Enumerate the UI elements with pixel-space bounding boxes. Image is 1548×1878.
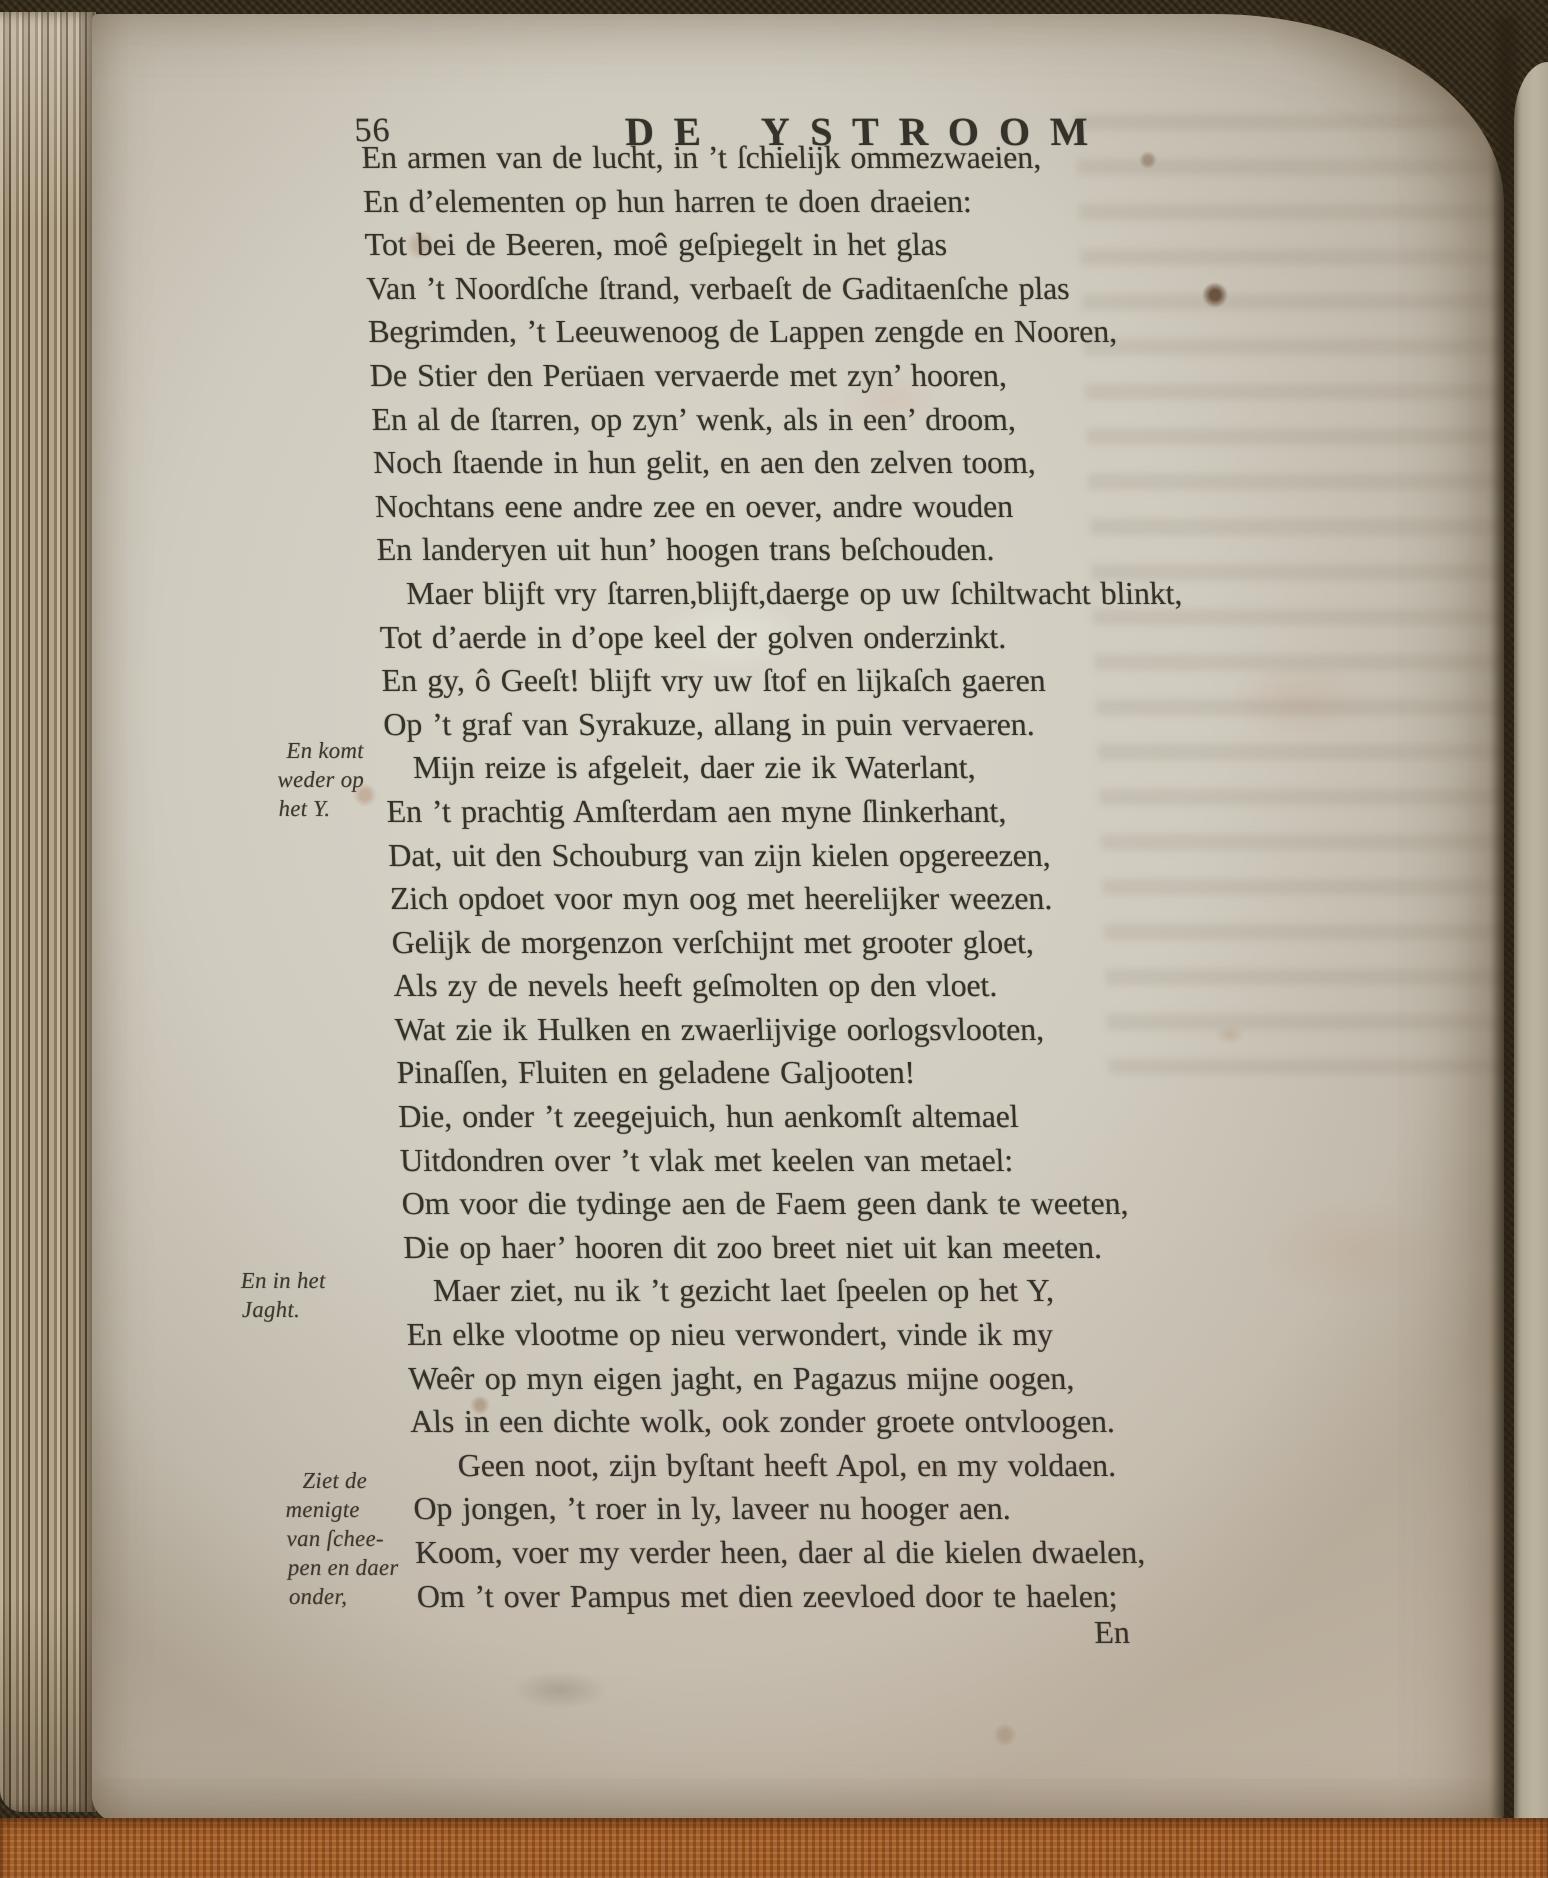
poem-line: En gy, ô Geeſt! blijft vry uw ſtof en li… <box>381 659 1186 703</box>
poem-line: Begrimden, ’t Leeuwenoog de Lappen zengd… <box>367 310 1172 354</box>
margin-note-line: pen en daer <box>287 1553 399 1582</box>
book-gutter <box>1490 18 1518 1820</box>
poem-line: Pinaſſen, Fluiten en geladene Galjooten! <box>396 1051 1201 1095</box>
poem-line: De Stier den Perüaen vervaerde met zyn’ … <box>369 354 1174 398</box>
poem-line: Als zy de nevels heeft geſmolten op den … <box>393 964 1198 1008</box>
margin-note: En in het Jaght. <box>240 1266 327 1324</box>
poem-line: Op jongen, ’t roer in ly, laveer nu hoog… <box>413 1487 1218 1531</box>
margin-note-line: het Y. <box>278 794 367 823</box>
facing-page-edge <box>1514 62 1548 1820</box>
poem-line: Noch ſtaende in hun gelit, en aen den ze… <box>372 441 1177 485</box>
poem-line: Tot bei de Beeren, moê geſpiegelt in het… <box>364 223 1169 267</box>
margin-note-line: En in het <box>240 1266 326 1295</box>
poem-line: Die, onder ’t zeegejuich, hun aenkomſt a… <box>398 1095 1203 1139</box>
poem-line: Geen noot, zijn byſtant heeft Apol, en m… <box>411 1444 1216 1488</box>
poem-line: Nochtans eene andre zee en oever, andre … <box>374 485 1179 529</box>
poem-line: Weêr op myn eigen jaght, en Pagazus mijn… <box>408 1357 1213 1401</box>
poem-line: Die op haer’ hooren dit zoo breet niet u… <box>403 1226 1208 1270</box>
poem-line: Om voor die tydinge aen de Faem geen dan… <box>401 1182 1206 1226</box>
book-page: 56 DE YSTROOM En armen van de lucht, in … <box>92 14 1504 1822</box>
poem-line: Uitdondren over ’t vlak met keelen van m… <box>399 1139 1204 1183</box>
printed-area: 56 DE YSTROOM En armen van de lucht, in … <box>92 14 1504 1822</box>
poem-line: Van ’t Noordſche ſtrand, verbaeſt de Gad… <box>366 267 1171 311</box>
catchword: En <box>1093 1614 1254 1651</box>
poem-line: Zich opdoet voor myn oog met heerelijker… <box>389 877 1194 921</box>
poem-line: En armen van de lucht, in ’t ſchielijk o… <box>361 136 1166 180</box>
margin-note-line: onder, <box>288 1582 400 1611</box>
margin-note-line: Ziet de <box>284 1466 396 1495</box>
poem-line: Tot d’aerde in d’ope keel der golven ond… <box>379 616 1184 660</box>
poem-line: En landeryen uit hun’ hoogen trans beſch… <box>376 528 1181 572</box>
poem-line: Wat zie ik Hulken en zwaerlijvige oorlog… <box>394 1008 1199 1052</box>
poem-line: Om ’t over Pampus met dien zeevloed door… <box>416 1575 1221 1619</box>
poem-line: Als in een dichte wolk, ook zonder groet… <box>409 1400 1214 1444</box>
poem-line: Gelijk de morgenzon verſchijnt met groot… <box>391 921 1196 965</box>
poem-line: Mijn reize is afgeleit, daer zie ik Wate… <box>384 746 1189 790</box>
poem-line: En al de ſtarren, op zyn’ wenk, als in e… <box>371 398 1176 442</box>
poem-line: Maer blijft vry ſtarren,blijft,daerge op… <box>377 572 1182 616</box>
poem-text: En armen van de lucht, in ’t ſchielijk o… <box>361 136 1222 1618</box>
margin-note: En komt weder op het Y. <box>276 736 367 823</box>
page-edge-stack <box>0 12 96 1812</box>
margin-note-line: menigte <box>285 1495 397 1524</box>
margin-note-line: En komt <box>276 736 365 765</box>
poem-line: En ’t prachtig Amſterdam aen myne ſlinke… <box>386 790 1191 834</box>
margin-note-line: van ſchee- <box>286 1524 398 1553</box>
margin-note-line: Jaght. <box>241 1295 327 1324</box>
poem-line: Op ’t graf van Syrakuze, allang in puin … <box>382 703 1187 747</box>
table-cloth <box>0 1818 1548 1878</box>
poem-line: Dat, uit den Schouburg van zijn kielen o… <box>387 834 1192 878</box>
poem-line: Koom, voer my verder heen, daer al die k… <box>414 1531 1219 1575</box>
book-photo: 56 DE YSTROOM En armen van de lucht, in … <box>0 0 1548 1878</box>
margin-note-line: weder op <box>277 765 366 794</box>
margin-note: Ziet de menigte van ſchee- pen en daer o… <box>284 1466 400 1611</box>
poem-line: En d’elementen op hun harren te doen dra… <box>362 180 1167 224</box>
poem-line: En elke vlootme op nieu verwondert, vind… <box>406 1313 1211 1357</box>
poem-line: Maer ziet, nu ik ’t gezicht laet ſpeelen… <box>404 1269 1209 1313</box>
